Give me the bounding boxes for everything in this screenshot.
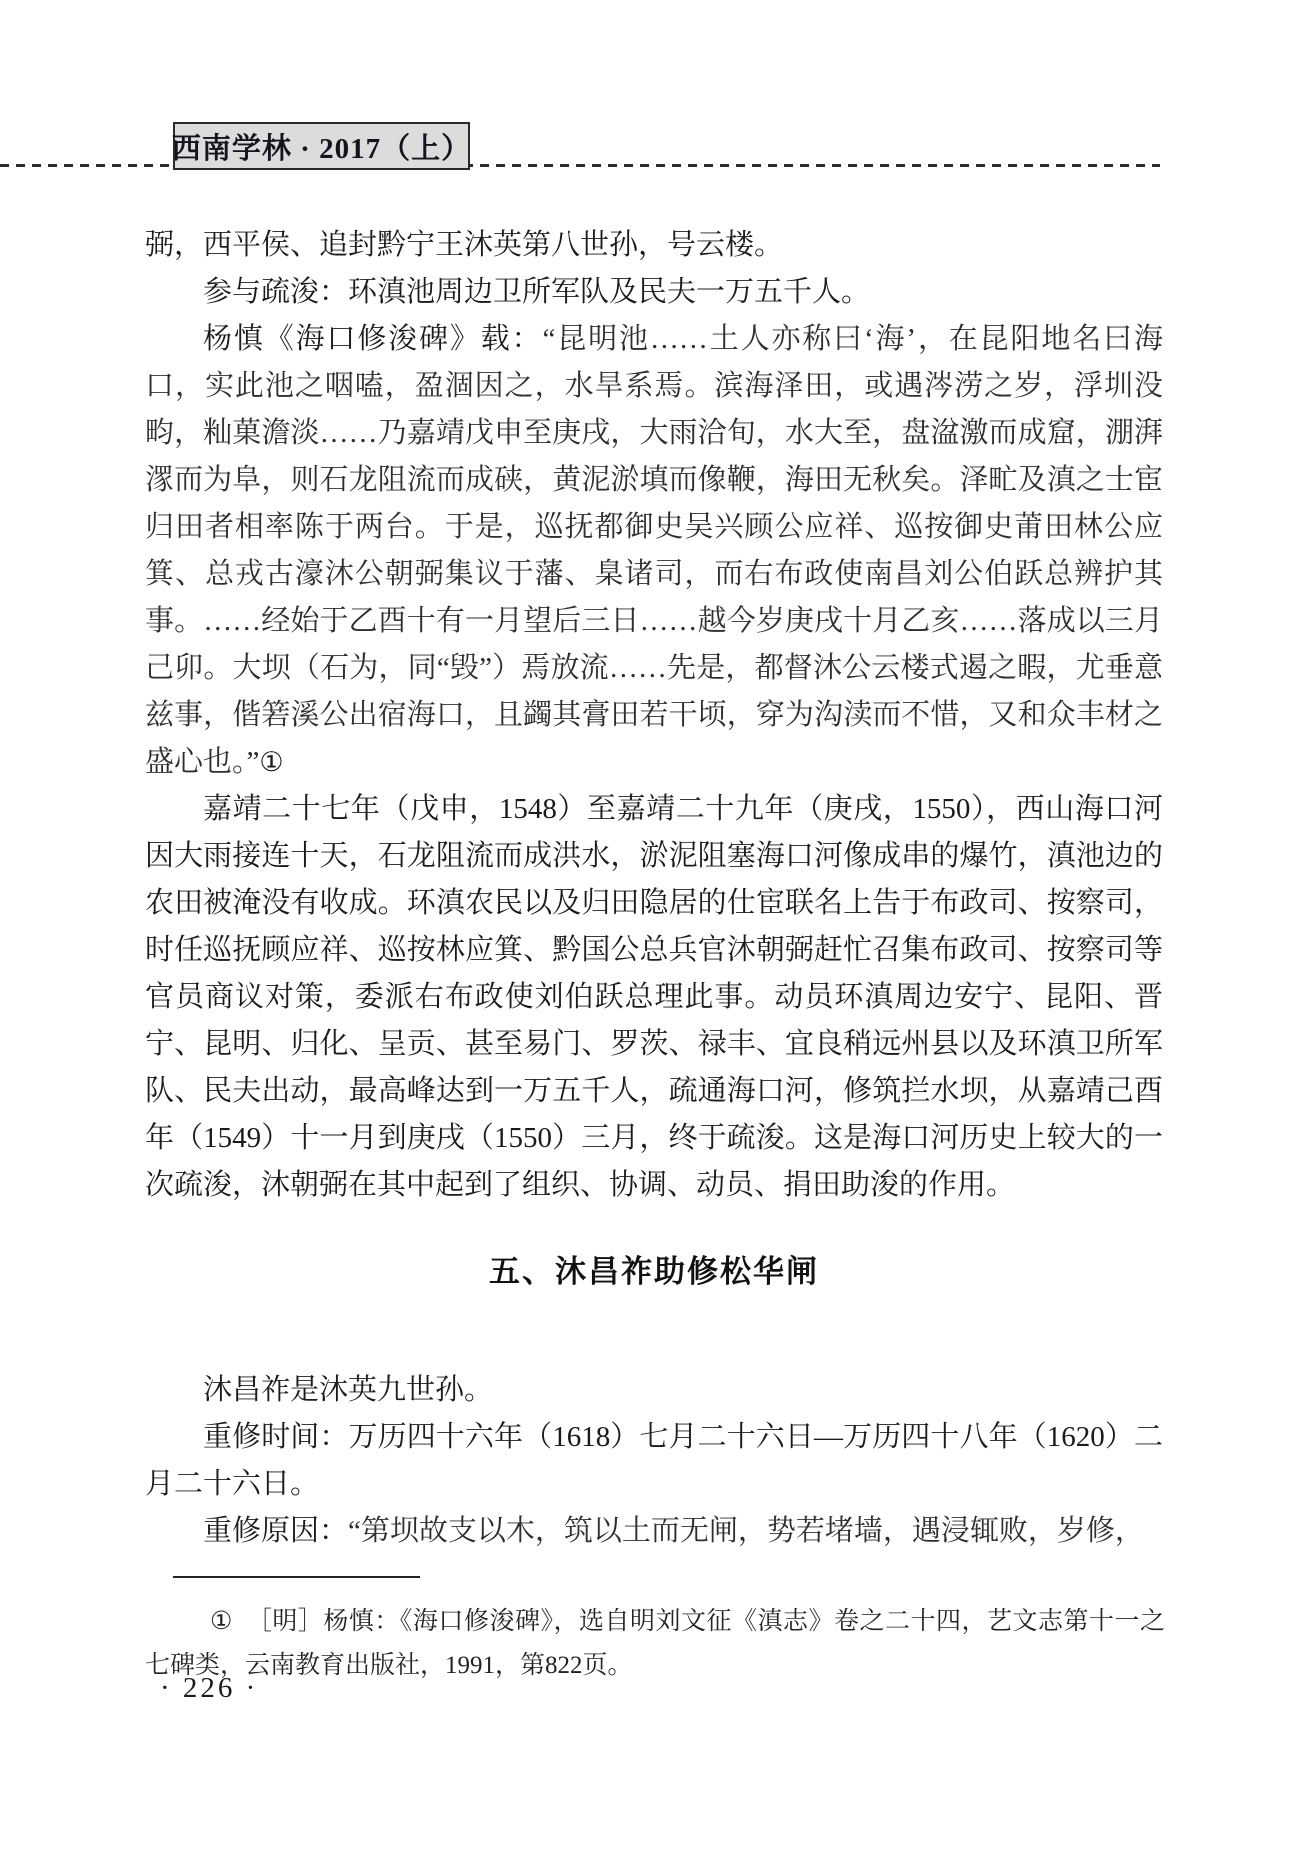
reason-intro: 重修原因： xyxy=(203,1515,348,1547)
running-header: 西南学林 · 2017（上） xyxy=(173,122,470,170)
quote-intro: 杨慎《海口修浚碑》载： xyxy=(203,323,543,355)
paragraph-repair-time: 重修时间：万历四十六年（1618）七月二十六日—万历四十八年（1620）二月二十… xyxy=(145,1414,1163,1508)
paragraph-participants: 参与疏浚：环滇池周边卫所军队及民夫一万五千人。 xyxy=(145,269,1163,316)
book-page: 西南学林 · 2017（上） 弼，西平侯、追封黔宁王沐英第八世孙，号云楼。 参与… xyxy=(0,0,1307,1859)
paragraph-stele-quote: 杨慎《海口修浚碑》载：“昆明池……土人亦称曰‘海’，在昆阳地名曰海口，实此池之咽… xyxy=(145,316,1163,786)
footnote-separator xyxy=(173,1576,420,1578)
paragraph-jiajing-dredging: 嘉靖二十七年（戊申，1548）至嘉靖二十九年（庚戌，1550），西山海口河因大雨… xyxy=(145,786,1163,1209)
paragraph-muchangzuo: 沐昌祚是沐英九世孙。 xyxy=(145,1367,1163,1414)
paragraph-repair-reason: 重修原因：“第坝故支以木，筑以土而无闸，势若堵墙，遇浸辄败，岁修， xyxy=(145,1508,1163,1555)
footnote-marker: ① xyxy=(210,1608,233,1635)
paragraph-continuation: 弼，西平侯、追封黔宁王沐英第八世孙，号云楼。 xyxy=(145,222,1163,269)
page-number: · 226 · xyxy=(160,1672,258,1705)
journal-title: 西南学林 · 2017（上） xyxy=(172,126,471,167)
footnote-reference: ① xyxy=(259,747,283,777)
section-heading: 五、沐昌祚助修松华闸 xyxy=(145,1247,1163,1297)
footnote-text: ［明］杨慎：《海口修浚碑》，选自明刘文征《滇志》卷之二十四，艺文志第十一之七碑类… xyxy=(145,1608,1165,1679)
reason-quote: “第坝故支以木，筑以土而无闸，势若堵墙，遇浸辄败，岁修， xyxy=(348,1515,1144,1547)
page-body: 弼，西平侯、追封黔宁王沐英第八世孙，号云楼。 参与疏浚：环滇池周边卫所军队及民夫… xyxy=(145,222,1163,1555)
footnote-block: ①［明］杨慎：《海口修浚碑》，选自明刘文征《滇志》卷之二十四，艺文志第十一之七碑… xyxy=(145,1600,1165,1688)
footnote-entry: ①［明］杨慎：《海口修浚碑》，选自明刘文征《滇志》卷之二十四，艺文志第十一之七碑… xyxy=(145,1600,1165,1688)
quote-text: “昆明池……土人亦称曰‘海’，在昆阳地名曰海口，实此池之咽嗑，盈涸因之，水旱系焉… xyxy=(145,323,1163,778)
